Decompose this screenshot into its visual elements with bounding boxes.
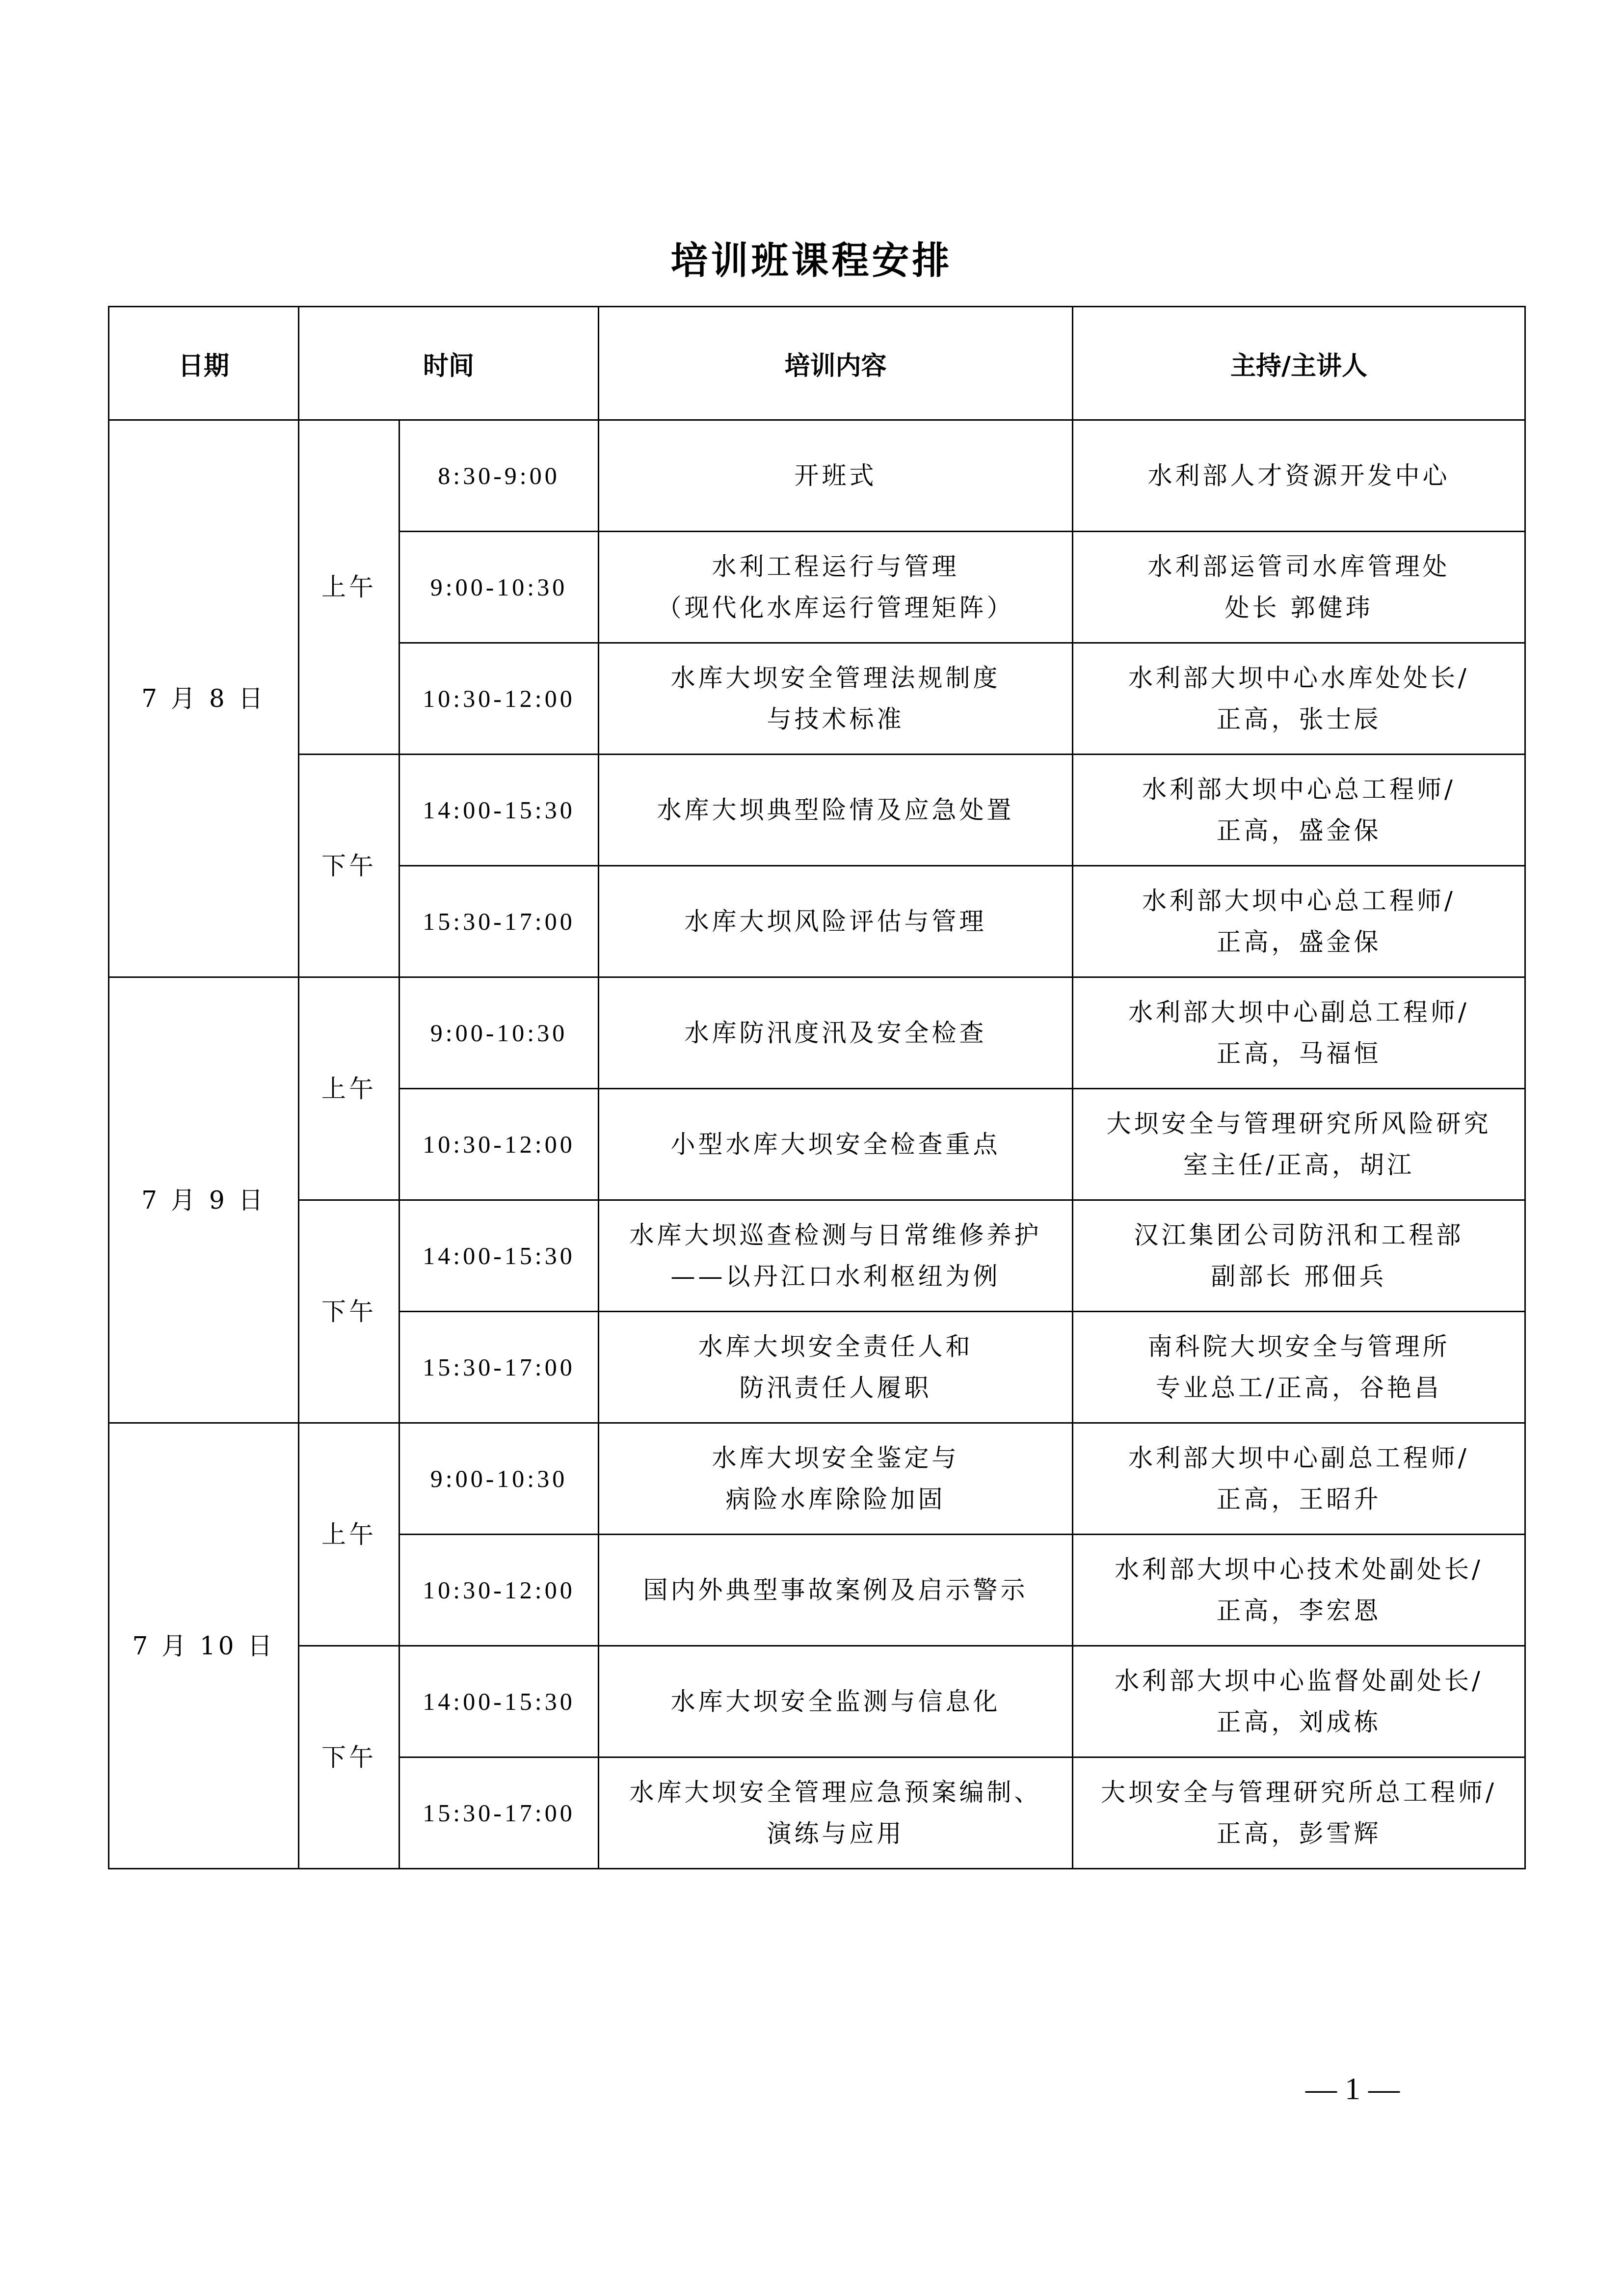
speaker-line: 正高，王昭升 [1078, 1479, 1519, 1520]
content-line: ——以丹江口水利枢纽为例 [604, 1256, 1067, 1297]
content-cell: 水库大坝安全管理法规制度与技术标准 [599, 643, 1073, 755]
speaker-line: 水利部大坝中心水库处处长/ [1078, 657, 1519, 699]
content-line: 水库大坝安全管理法规制度 [604, 657, 1067, 699]
speaker-cell: 水利部大坝中心总工程师/正高，盛金保 [1073, 866, 1525, 977]
content-line: 水库大坝安全责任人和 [604, 1326, 1067, 1367]
content-cell: 小型水库大坝安全检查重点 [599, 1089, 1073, 1200]
content-line: 小型水库大坝安全检查重点 [604, 1124, 1067, 1165]
speaker-cell: 汉江集团公司防汛和工程部副部长 邢佃兵 [1073, 1200, 1525, 1312]
speaker-cell: 水利部运管司水库管理处处长 郭健玮 [1073, 532, 1525, 643]
table-row: 7 月 10 日上午9:00-10:30水库大坝安全鉴定与病险水库除险加固水利部… [109, 1423, 1525, 1535]
speaker-cell: 水利部大坝中心水库处处长/正高，张士辰 [1073, 643, 1525, 755]
content-line: 水库大坝巡查检测与日常维修养护 [604, 1215, 1067, 1256]
time-cell: 14:00-15:30 [399, 1200, 599, 1312]
content-cell: 国内外典型事故案例及启示警示 [599, 1535, 1073, 1646]
content-line: 开班式 [604, 455, 1067, 496]
speaker-cell: 水利部大坝中心副总工程师/正高，王昭升 [1073, 1423, 1525, 1535]
header-speaker: 主持/主讲人 [1073, 307, 1525, 420]
content-cell: 水库大坝安全管理应急预案编制、演练与应用 [599, 1757, 1073, 1869]
table-row: 7 月 8 日上午8:30-9:00开班式水利部人才资源开发中心 [109, 420, 1525, 532]
header-content: 培训内容 [599, 307, 1073, 420]
period-cell: 下午 [299, 755, 399, 977]
table-row: 7 月 9 日上午9:00-10:30水库防汛度汛及安全检查水利部大坝中心副总工… [109, 977, 1525, 1089]
schedule-body: 7 月 8 日上午8:30-9:00开班式水利部人才资源开发中心9:00-10:… [109, 420, 1525, 1869]
period-cell: 上午 [299, 420, 399, 755]
speaker-line: 大坝安全与管理研究所风险研究 [1078, 1103, 1519, 1144]
content-cell: 水库大坝安全监测与信息化 [599, 1646, 1073, 1757]
speaker-line: 正高，盛金保 [1078, 810, 1519, 851]
content-line: 水库大坝安全管理应急预案编制、 [604, 1772, 1067, 1813]
date-cell: 7 月 10 日 [109, 1423, 299, 1869]
time-cell: 15:30-17:00 [399, 866, 599, 977]
content-line: 国内外典型事故案例及启示警示 [604, 1569, 1067, 1611]
table-row: 下午14:00-15:30水库大坝典型险情及应急处置水利部大坝中心总工程师/正高… [109, 755, 1525, 866]
page-number: — 1 — [1305, 2071, 1400, 2107]
speaker-cell: 南科院大坝安全与管理所专业总工/正高，谷艳昌 [1073, 1312, 1525, 1423]
time-cell: 9:00-10:30 [399, 1423, 599, 1535]
speaker-line: 正高，彭雪辉 [1078, 1813, 1519, 1854]
speaker-line: 南科院大坝安全与管理所 [1078, 1326, 1519, 1367]
speaker-cell: 水利部大坝中心监督处副处长/正高，刘成栋 [1073, 1646, 1525, 1757]
speaker-line: 水利部大坝中心总工程师/ [1078, 880, 1519, 921]
speaker-line: 正高，马福恒 [1078, 1033, 1519, 1074]
time-cell: 15:30-17:00 [399, 1757, 599, 1869]
speaker-line: 水利部大坝中心技术处副处长/ [1078, 1549, 1519, 1590]
table-row: 下午14:00-15:30水库大坝巡查检测与日常维修养护——以丹江口水利枢纽为例… [109, 1200, 1525, 1312]
speaker-line: 正高，盛金保 [1078, 921, 1519, 963]
table-row: 下午14:00-15:30水库大坝安全监测与信息化水利部大坝中心监督处副处长/正… [109, 1646, 1525, 1757]
document-title: 培训班课程安排 [0, 231, 1623, 284]
time-cell: 10:30-12:00 [399, 643, 599, 755]
time-cell: 9:00-10:30 [399, 977, 599, 1089]
speaker-line: 副部长 邢佃兵 [1078, 1256, 1519, 1297]
content-line: 水库防汛度汛及安全检查 [604, 1012, 1067, 1053]
content-cell: 水利工程运行与管理（现代化水库运行管理矩阵） [599, 532, 1073, 643]
speaker-cell: 大坝安全与管理研究所风险研究室主任/正高，胡江 [1073, 1089, 1525, 1200]
content-cell: 水库大坝安全责任人和防汛责任人履职 [599, 1312, 1073, 1423]
time-cell: 9:00-10:30 [399, 532, 599, 643]
speaker-line: 正高，李宏恩 [1078, 1590, 1519, 1631]
time-cell: 14:00-15:30 [399, 1646, 599, 1757]
content-cell: 水库防汛度汛及安全检查 [599, 977, 1073, 1089]
header-row: 日期 时间 培训内容 主持/主讲人 [109, 307, 1525, 420]
content-line: 与技术标准 [604, 699, 1067, 740]
date-cell: 7 月 8 日 [109, 420, 299, 977]
content-line: （现代化水库运行管理矩阵） [604, 587, 1067, 628]
speaker-cell: 水利部大坝中心副总工程师/正高，马福恒 [1073, 977, 1525, 1089]
content-line: 防汛责任人履职 [604, 1367, 1067, 1408]
time-cell: 10:30-12:00 [399, 1089, 599, 1200]
time-cell: 10:30-12:00 [399, 1535, 599, 1646]
speaker-line: 水利部大坝中心副总工程师/ [1078, 992, 1519, 1033]
speaker-line: 大坝安全与管理研究所总工程师/ [1078, 1772, 1519, 1813]
content-cell: 水库大坝安全鉴定与病险水库除险加固 [599, 1423, 1073, 1535]
speaker-line: 水利部大坝中心总工程师/ [1078, 769, 1519, 810]
speaker-line: 水利部大坝中心监督处副处长/ [1078, 1660, 1519, 1702]
speaker-line: 室主任/正高，胡江 [1078, 1144, 1519, 1186]
speaker-line: 专业总工/正高，谷艳昌 [1078, 1367, 1519, 1408]
content-cell: 开班式 [599, 420, 1073, 532]
content-line: 水库大坝安全监测与信息化 [604, 1681, 1067, 1722]
period-cell: 下午 [299, 1646, 399, 1869]
speaker-cell: 水利部大坝中心技术处副处长/正高，李宏恩 [1073, 1535, 1525, 1646]
speaker-line: 处长 郭健玮 [1078, 587, 1519, 628]
schedule-table: 日期 时间 培训内容 主持/主讲人 7 月 8 日上午8:30-9:00开班式水… [108, 306, 1526, 1869]
speaker-line: 正高，张士辰 [1078, 699, 1519, 740]
content-line: 水库大坝安全鉴定与 [604, 1437, 1067, 1479]
content-line: 水库大坝风险评估与管理 [604, 901, 1067, 942]
period-cell: 下午 [299, 1200, 399, 1423]
content-line: 演练与应用 [604, 1813, 1067, 1854]
speaker-line: 水利部人才资源开发中心 [1078, 455, 1519, 496]
speaker-line: 水利部大坝中心副总工程师/ [1078, 1437, 1519, 1479]
time-cell: 15:30-17:00 [399, 1312, 599, 1423]
time-cell: 14:00-15:30 [399, 755, 599, 866]
speaker-cell: 水利部人才资源开发中心 [1073, 420, 1525, 532]
period-cell: 上午 [299, 1423, 399, 1646]
content-cell: 水库大坝典型险情及应急处置 [599, 755, 1073, 866]
date-cell: 7 月 9 日 [109, 977, 299, 1423]
header-time: 时间 [299, 307, 599, 420]
content-line: 水利工程运行与管理 [604, 546, 1067, 587]
speaker-line: 水利部运管司水库管理处 [1078, 546, 1519, 587]
header-date: 日期 [109, 307, 299, 420]
content-cell: 水库大坝风险评估与管理 [599, 866, 1073, 977]
speaker-cell: 大坝安全与管理研究所总工程师/正高，彭雪辉 [1073, 1757, 1525, 1869]
speaker-line: 汉江集团公司防汛和工程部 [1078, 1215, 1519, 1256]
content-line: 水库大坝典型险情及应急处置 [604, 789, 1067, 831]
content-cell: 水库大坝巡查检测与日常维修养护——以丹江口水利枢纽为例 [599, 1200, 1073, 1312]
speaker-line: 正高，刘成栋 [1078, 1702, 1519, 1743]
speaker-cell: 水利部大坝中心总工程师/正高，盛金保 [1073, 755, 1525, 866]
content-line: 病险水库除险加固 [604, 1479, 1067, 1520]
time-cell: 8:30-9:00 [399, 420, 599, 532]
period-cell: 上午 [299, 977, 399, 1200]
